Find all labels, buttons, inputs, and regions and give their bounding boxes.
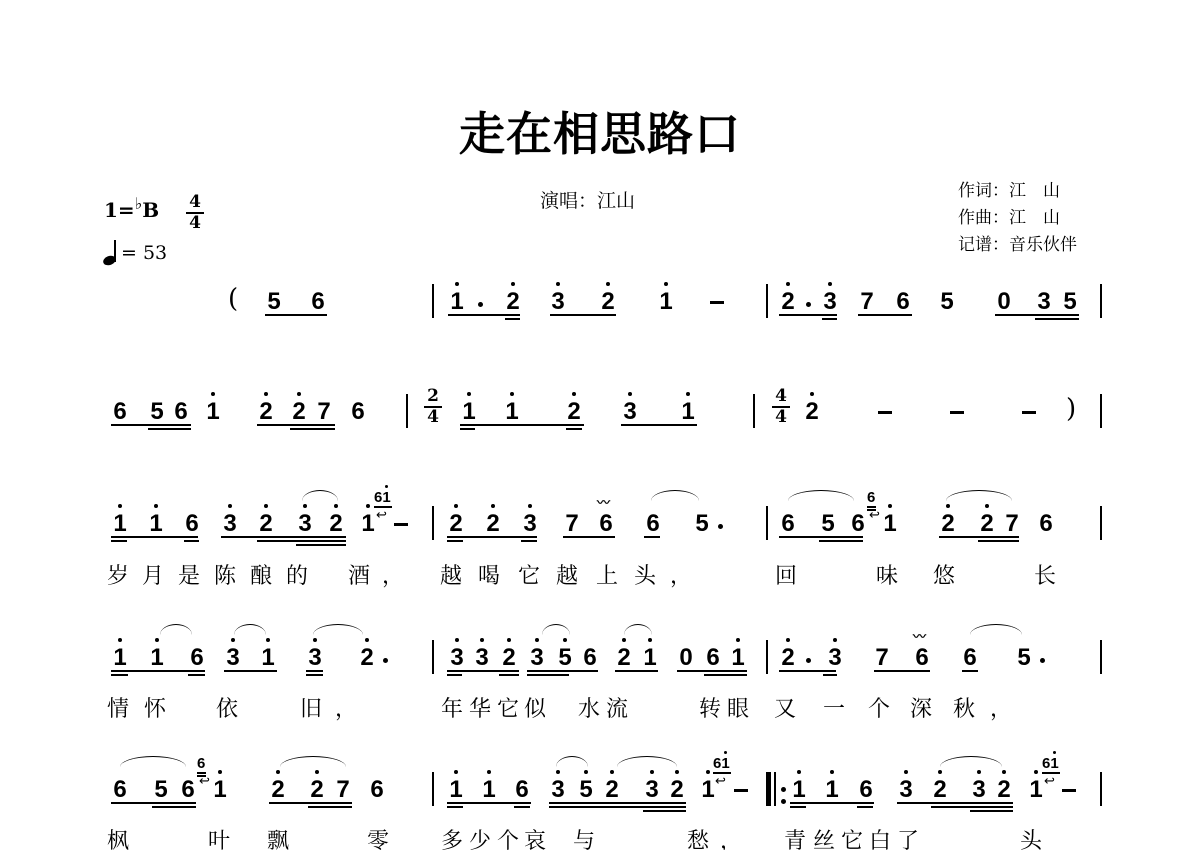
flat-icon: ♭ [135,194,143,213]
slur [234,624,266,635]
octave-dot [334,504,338,508]
note: 6 [110,778,130,802]
note: 6 [893,290,913,314]
octave-dot [1034,770,1038,774]
tempo-value: = 53 [121,242,167,264]
underline-beam [447,806,463,808]
note: 2 [667,778,687,802]
underline-beam [306,674,323,676]
note: 2 [326,512,346,536]
note: 6 [580,646,600,670]
note: 7 [857,290,877,314]
note: 2 [357,646,377,670]
underline-beam [306,670,323,672]
lyric-char: 回 [775,565,797,589]
underline-beam [779,670,836,672]
lyric-char: 深 [910,698,932,722]
octave-dot [218,770,222,774]
note: 6 [367,778,387,802]
underline-beam [447,540,463,542]
extension-dash [734,789,748,792]
octave-dot [830,770,834,774]
augmentation-dot [478,302,483,307]
octave-dot [985,504,989,508]
barline [766,506,768,540]
lyric-char: 是 [178,565,200,589]
octave-dot [491,504,495,508]
octave-dot [231,638,235,642]
underline-beam [447,802,531,804]
underline-beam [621,424,697,426]
octave-dot [454,770,458,774]
slur [313,624,363,635]
note: 0 [994,290,1014,314]
underline-beam [257,540,346,542]
lyric-char: 流 [606,698,628,722]
note: 1 [640,646,660,670]
augmentation-dot [718,524,723,529]
underline-beam [111,674,128,676]
note: 2 [289,400,309,424]
lyric-char: 岁 [107,565,129,589]
slur [556,756,588,767]
underline-beam [514,806,530,808]
lyric-char: ， [382,565,404,589]
grace-note: 6 [867,490,875,505]
quarter-note-icon [103,240,117,266]
note: 6 [110,400,130,424]
note: 2 [307,778,327,802]
note: 7 [314,400,334,424]
underline-beam [931,806,1013,808]
note: 3 [1034,290,1054,314]
octave-dot [572,392,576,396]
underline-beam [308,806,352,808]
octave-dot [118,638,122,642]
lyric-char: 个 [868,698,890,722]
octave-dot [155,638,159,642]
note: 1 [447,290,467,314]
note: 1 [656,290,676,314]
note: 1 [880,512,900,536]
octave-dot [228,504,232,508]
lyric-char: 它 [497,698,519,722]
underline-beam [857,806,873,808]
augmentation-dot [1040,658,1045,663]
underline-beam [550,314,616,316]
slur [542,624,570,635]
underline-beam [448,314,520,316]
mordent-icon: 〰 [597,492,607,511]
lyric-char: 叶 [208,830,230,850]
underline-beam [296,544,346,546]
octave-dot [455,282,459,286]
lyric-char: 酒 [348,565,370,589]
time-sig-bottom: 4 [189,215,201,232]
note: 2 [598,290,618,314]
grace-note: 61 [374,490,391,505]
note: 2 [614,646,634,670]
note: 6 [512,778,532,802]
octave-dot [622,638,626,642]
lyric-char: 长 [1034,565,1056,589]
note: 7 [872,646,892,670]
note: 3 [305,646,325,670]
note: 6 [912,646,932,670]
note: 2 [778,646,798,670]
lyric-char: 月 [142,565,164,589]
underline-beam [549,806,686,808]
underline-beam [822,318,837,320]
grace-hook-icon: ↩ [869,508,880,523]
underline-beam [447,536,537,538]
underline-beam [970,810,1013,812]
lyric-char: 它 [841,830,863,850]
underline-beam [677,670,747,672]
note: 6 [596,512,616,536]
note: 1 [479,778,499,802]
lyric-char: 又 [774,698,796,722]
lyric-char: 与 [573,830,595,850]
augmentation-dot [806,658,811,663]
octave-dot [154,504,158,508]
grace-note: 61 [713,756,730,771]
octave-dot [264,392,268,396]
slur [624,624,652,635]
lyric-char: 喝 [478,565,500,589]
note: 7 [562,512,582,536]
barline [432,284,434,318]
octave-dot [664,282,668,286]
octave-dot [211,392,215,396]
lyric-char: ， [335,698,357,722]
note: 3 [223,646,243,670]
time-signature-change: 44 [772,388,790,426]
grace-note: 6 [197,756,205,771]
barline [432,772,434,806]
lyric-char: 愁 [687,830,709,850]
underline-beam [779,314,837,316]
note: 5 [576,778,596,802]
octave-dot [563,638,567,642]
note: 3 [548,778,568,802]
composer-credit: 作曲：江 山 [958,205,1077,232]
note: 6 [182,512,202,536]
note: 1 [678,400,698,424]
lyric-char: 陈 [214,565,236,589]
note: 3 [820,290,840,314]
note: 6 [643,512,663,536]
barline [432,640,434,674]
note: 3 [447,646,467,670]
note: 1 [728,646,748,670]
grace-hook-icon: ↩ [376,508,387,523]
note: 6 [178,778,198,802]
octave-dot [511,282,515,286]
underline-beam [188,674,205,676]
note: 1 [258,646,278,670]
augmentation-dot [383,658,388,663]
extension-dash [710,301,724,304]
key-prefix: 1= [104,198,135,222]
slur [302,490,338,501]
lyric-char: ， [670,565,692,589]
note: 5 [692,512,712,536]
octave-dot [977,770,981,774]
underline-beam [995,314,1079,316]
note: 6 [308,290,328,314]
note: 6 [848,512,868,536]
note: 6 [348,400,368,424]
octave-dot [648,638,652,642]
lyric-char: 转 [699,698,721,722]
underline-beam [257,424,335,426]
lyric-char: 旧 [300,698,322,722]
underline-beam [643,810,686,812]
octave-dot [828,282,832,286]
barline [1100,506,1102,540]
octave-dot [786,282,790,286]
grace-note: 61 [1042,756,1059,771]
lyric-char: 青 [784,830,806,850]
note: 3 [620,400,640,424]
underline-beam [704,674,747,676]
note: 1 [147,646,167,670]
underline-beam [549,802,686,804]
underline-beam [447,674,462,676]
note: 2 [802,400,822,424]
underline-beam [152,806,196,808]
lyric-char: 越 [556,565,578,589]
lyric-char: 零 [367,830,389,850]
underline-beam [111,540,127,542]
grace-hook-icon: ↩ [1044,774,1055,789]
lyric-char: 飘 [267,830,289,850]
octave-dot [686,392,690,396]
octave-dot [650,770,654,774]
slur [970,624,1022,635]
lyric-char: 丝 [813,830,835,850]
note: 1 [822,778,842,802]
grace-hook-icon: ↩ [715,774,726,789]
note: 3 [825,646,845,670]
extension-dash [394,523,408,526]
lyric-char: 一 [823,698,845,722]
repeat-start-thick [766,772,771,806]
octave-dot [535,638,539,642]
octave-dot [303,504,307,508]
lyric-char: ， [720,830,742,850]
note: 3 [642,778,662,802]
octave-dot [455,638,459,642]
tempo-marking: = 53 [103,240,167,266]
underline-beam [939,536,1019,538]
lyric-char: 头 [1020,830,1042,850]
grace-hook-icon: ↩ [199,774,210,789]
note: 5 [818,512,838,536]
note: 1 [146,512,166,536]
lyric-char: 眼 [727,698,749,722]
underline-beam [521,540,537,542]
lyric-char: 枫 [107,830,129,850]
note: 1 [502,400,522,424]
octave-dot [528,504,532,508]
lyric-char: 了 [897,830,919,850]
extension-dash [950,411,964,414]
bracket: ) [1066,394,1076,424]
mordent-icon: 〰 [913,626,923,645]
note: 3 [527,646,547,670]
octave-dot [487,770,491,774]
note: 2 [977,512,997,536]
slur [120,756,186,767]
underline-beam [111,670,205,672]
note: 6 [187,646,207,670]
octave-dot [467,392,471,396]
note: 5 [147,400,167,424]
lyric-char: 多 [441,830,463,850]
octave-dot [610,770,614,774]
octave-dot [946,504,950,508]
slur [946,490,1012,501]
transcriber-credit: 记谱：音乐伙伴 [958,232,1077,259]
octave-dot [118,504,122,508]
note: 1 [1026,778,1046,802]
lyric-char: 情 [107,698,129,722]
underline-beam [858,314,912,316]
lyric-char: 的 [286,565,308,589]
lyric-char: 白 [869,830,891,850]
octave-dot [628,392,632,396]
lyric-char: 华 [469,698,491,722]
note: 3 [548,290,568,314]
slur [651,490,699,501]
note: 2 [503,290,523,314]
bracket: ( [228,284,238,314]
time-signature: 4 4 [186,194,204,232]
underline-beam [111,536,198,538]
underline-beam [460,428,475,430]
lyric-char: 少 [469,830,491,850]
lyric-char: 它 [518,565,540,589]
note: 2 [256,400,276,424]
note: 5 [555,646,575,670]
underline-beam [615,670,658,672]
underline-beam [527,674,569,676]
lyric-char: 秋 [953,698,975,722]
note: 2 [564,400,584,424]
octave-dot [313,638,317,642]
barline [1100,394,1102,428]
octave-dot [888,504,892,508]
note: 1 [459,400,479,424]
underline-beam [962,670,978,672]
underline-beam [644,536,660,538]
octave-dot [810,392,814,396]
note: 6 [703,646,723,670]
octave-dot [1002,770,1006,774]
octave-dot [365,638,369,642]
note: 6 [171,400,191,424]
note: 7 [1002,512,1022,536]
key-note: B [142,198,159,222]
note: 1 [789,778,809,802]
underline-beam [184,540,199,542]
underline-beam [978,540,1019,542]
underline-beam [823,674,837,676]
octave-dot [264,504,268,508]
note: 1 [203,400,223,424]
underline-beam [1035,318,1079,320]
repeat-dot [781,787,786,792]
repeat-start-thin [774,772,776,806]
barline [1100,640,1102,674]
octave-dot [675,770,679,774]
underline-beam [563,536,615,538]
lyric-char: 个 [497,830,519,850]
slur [940,756,1002,767]
underline-beam [224,670,277,672]
note: 0 [676,646,696,670]
note: 2 [268,778,288,802]
underline-beam [460,424,584,426]
extension-dash [1022,411,1036,414]
lyricist-credit: 作词：江 山 [958,178,1077,205]
octave-dot [507,638,511,642]
note: 3 [472,646,492,670]
octave-dot [833,638,837,642]
lyric-char: 水 [578,698,600,722]
octave-dot [556,282,560,286]
barline [766,640,768,674]
note: 3 [295,512,315,536]
note: 6 [960,646,980,670]
note: 5 [151,778,171,802]
lyric-char: 怀 [144,698,166,722]
note: 2 [938,512,958,536]
barline [406,394,408,428]
octave-dot [366,504,370,508]
note: 5 [1014,646,1034,670]
lyric-char: 似 [524,698,546,722]
note: 1 [110,646,130,670]
underline-beam [527,670,598,672]
underline-beam [148,428,191,430]
note: 3 [896,778,916,802]
underline-beam [566,428,582,430]
slur [617,756,677,767]
song-title: 走在相思路口 [0,98,1200,164]
underline-beam [819,540,863,542]
underline-beam [790,806,806,808]
octave-dot [266,638,270,642]
note: 6 [856,778,876,802]
note: 5 [264,290,284,314]
lyric-char: 悠 [933,565,955,589]
underline-beam [874,670,930,672]
barline [1100,772,1102,806]
octave-dot [297,392,301,396]
note: 1 [358,512,378,536]
barline [432,506,434,540]
note: 5 [937,290,957,314]
note: 2 [446,512,466,536]
repeat-dot [781,799,786,804]
time-sig-top: 4 [189,194,201,211]
barline [753,394,755,428]
lyric-char: ， [990,698,1012,722]
extension-dash [878,411,892,414]
